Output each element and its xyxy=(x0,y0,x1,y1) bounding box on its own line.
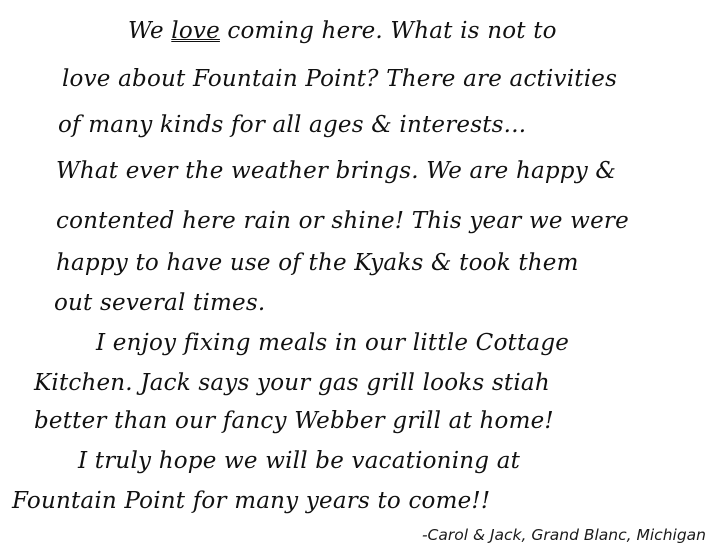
letter-line-8: I enjoy fixing meals in our little Cotta… xyxy=(96,330,569,356)
letter-line-7: out several times. xyxy=(54,290,265,316)
letter-signature: -Carol & Jack, Grand Blanc, Michigan xyxy=(422,526,706,544)
letter-line-1-end: coming here. What is not to xyxy=(220,18,557,44)
letter-line-12: Fountain Point for many years to come!! xyxy=(12,488,490,514)
letter-line-4: What ever the weather brings. We are hap… xyxy=(56,158,616,184)
handwritten-letter: We love coming here. What is not to love… xyxy=(0,0,720,551)
letter-line-10: better than our fancy Webber grill at ho… xyxy=(34,408,554,434)
letter-line-5: contented here rain or shine! This year … xyxy=(56,208,629,234)
letter-line-11: I truly hope we will be vacationing at xyxy=(78,448,520,474)
letter-line-9: Kitchen. Jack says your gas grill looks … xyxy=(34,370,550,396)
letter-line-1: We love coming here. What is not to xyxy=(128,18,557,44)
underlined-word-love: love xyxy=(171,18,220,44)
letter-line-2: love about Fountain Point? There are act… xyxy=(62,66,617,92)
letter-line-1-start: We xyxy=(128,18,171,44)
letter-line-3: of many kinds for all ages & interests..… xyxy=(58,112,526,138)
letter-line-6: happy to have use of the Kyaks & took th… xyxy=(56,250,579,276)
